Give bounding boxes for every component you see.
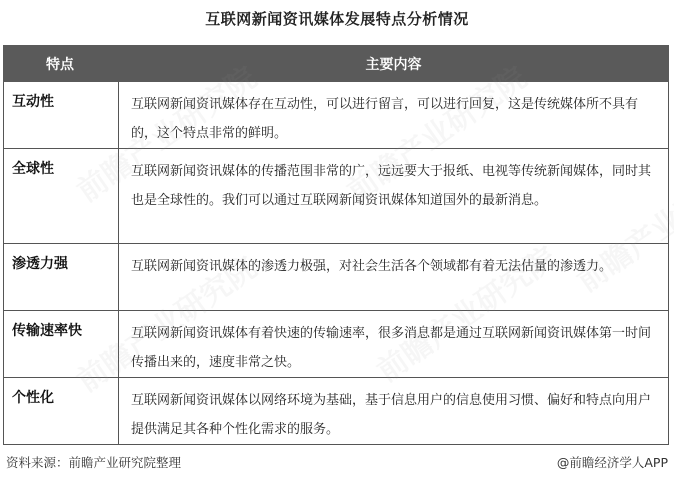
credit-note: @前瞻经济学人APP: [557, 453, 668, 471]
column-header-feature: 特点: [4, 46, 119, 82]
table-row: 互动性 互联网新闻资讯媒体存在互动性，可以进行留言，可以进行回复，这是传统媒体所…: [4, 82, 669, 149]
table-row: 传输速率快 互联网新闻资讯媒体有着快速的传输速率，很多消息都是通过互联网新闻资讯…: [4, 311, 669, 378]
content-cell: 互联网新闻资讯媒体以网络环境为基础，基于信息用户的信息使用习惯、偏好和特点向用户…: [119, 378, 669, 445]
feature-cell: 个性化: [4, 378, 119, 445]
column-header-content: 主要内容: [119, 46, 669, 82]
feature-cell: 渗透力强: [4, 244, 119, 311]
table-header-row: 特点 主要内容: [4, 46, 669, 82]
content-cell: 互联网新闻资讯媒体的传播范围非常的广，远远要大于报纸、电视等传统新闻媒体，同时其…: [119, 149, 669, 244]
source-note: 资料来源：前瞻产业研究院整理: [6, 453, 181, 471]
content-cell: 互联网新闻资讯媒体存在互动性，可以进行留言，可以进行回复，这是传统媒体所不具有的…: [119, 82, 669, 149]
feature-cell: 全球性: [4, 149, 119, 244]
features-table: 特点 主要内容 互动性 互联网新闻资讯媒体存在互动性，可以进行留言，可以进行回复…: [3, 45, 669, 445]
feature-cell: 互动性: [4, 82, 119, 149]
table-row: 全球性 互联网新闻资讯媒体的传播范围非常的广，远远要大于报纸、电视等传统新闻媒体…: [4, 149, 669, 244]
content-cell: 互联网新闻资讯媒体的渗透力极强，对社会生活各个领域都有着无法估量的渗透力。: [119, 244, 669, 311]
content-cell: 互联网新闻资讯媒体有着快速的传输速率，很多消息都是通过互联网新闻资讯媒体第一时间…: [119, 311, 669, 378]
table-row: 渗透力强 互联网新闻资讯媒体的渗透力极强，对社会生活各个领域都有着无法估量的渗透…: [4, 244, 669, 311]
table-row: 个性化 互联网新闻资讯媒体以网络环境为基础，基于信息用户的信息使用习惯、偏好和特…: [4, 378, 669, 445]
page-title: 互联网新闻资讯媒体发展特点分析情况: [0, 8, 674, 29]
feature-cell: 传输速率快: [4, 311, 119, 378]
